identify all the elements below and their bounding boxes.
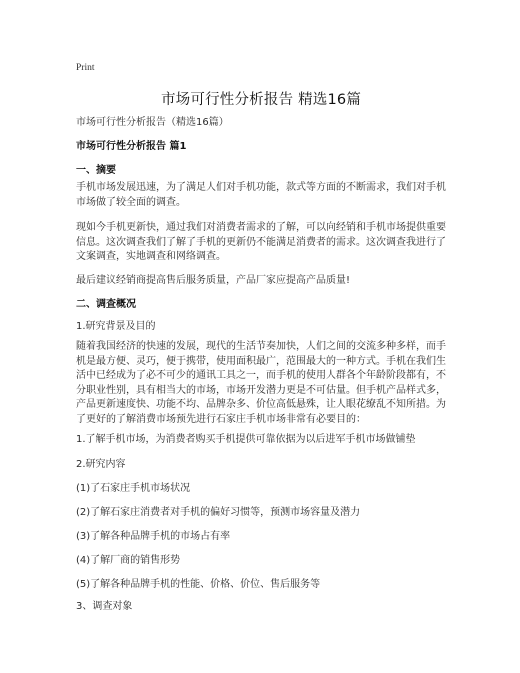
content-item: (4)了解厂商的销售形势: [76, 554, 180, 569]
abstract-paragraph-1: 手机市场发展迅速，为了满足人们对手机功能，款式等方面的不断需求，我们对手机市场做…: [76, 181, 446, 210]
content-item: (1)了石家庄手机市场状况: [76, 482, 190, 497]
document-subtitle: 市场可行性分析报告（精选16篇）: [76, 116, 229, 131]
content-item: (5)了解各种品牌手机的性能、价格、价位、售后服务等: [76, 578, 320, 593]
heading-overview: 二、调查概况: [76, 298, 136, 313]
subheading-research-content: 2.研究内容: [76, 458, 126, 473]
subheading-survey-target: 3、调查对象: [76, 600, 132, 615]
background-paragraph: 随着我国经济的快速的发展，现代的生活节奏加快，人们之间的交流多种多样，而手机是最…: [76, 340, 446, 427]
heading-abstract: 一、摘要: [76, 164, 116, 179]
content-item: (2)了解石家庄消费者对手机的偏好习惯等，预测市场容量及潜力: [76, 506, 360, 521]
subheading-background: 1.研究背景及目的: [76, 320, 156, 335]
document-title: 市场可行性分析报告 精选16篇: [76, 88, 446, 109]
abstract-paragraph-2: 现如今手机更新快，通过我们对消费者需求的了解，可以向经销和手机市场提供重要信息。…: [76, 221, 446, 265]
print-label[interactable]: Print: [76, 63, 94, 73]
content-item: (3)了解各种品牌手机的市场占有率: [76, 530, 230, 545]
abstract-paragraph-3: 最后建议经销商提高售后服务质量，产品厂家应提高产品质量!: [76, 274, 446, 289]
purpose-item: 1.了解手机市场，为消费者购买手机提供可靠依据为以后进军手机市场做铺垫: [76, 433, 416, 448]
section-title: 市场可行性分析报告 篇1: [76, 140, 186, 155]
